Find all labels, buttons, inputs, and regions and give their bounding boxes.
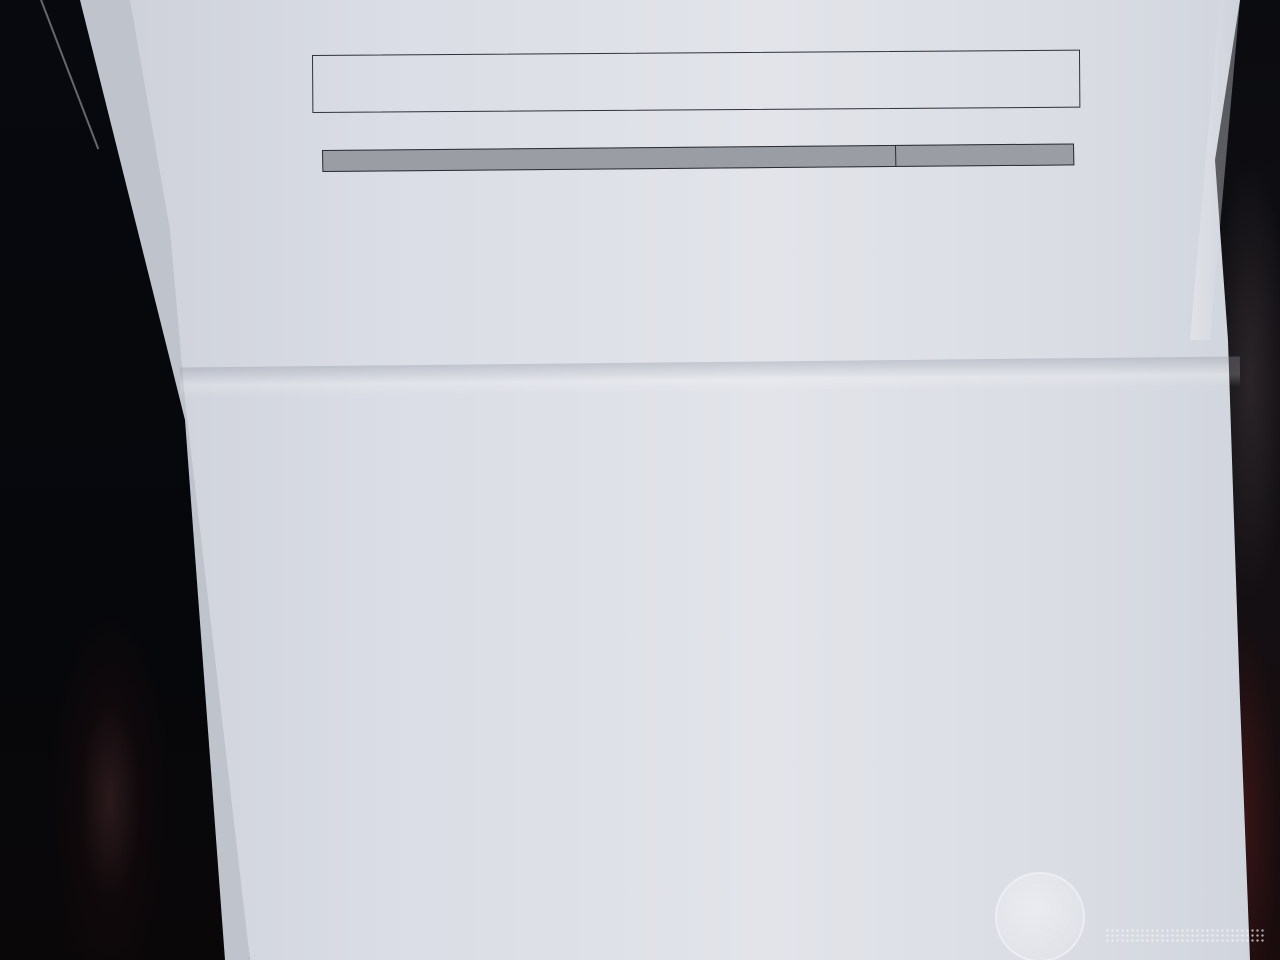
globe-icon [995, 872, 1085, 960]
watermark [995, 872, 1275, 952]
watermark-dots [1105, 928, 1265, 944]
amount-header [896, 144, 1074, 166]
invoice-header-box [312, 50, 1080, 113]
description-header [322, 146, 896, 171]
